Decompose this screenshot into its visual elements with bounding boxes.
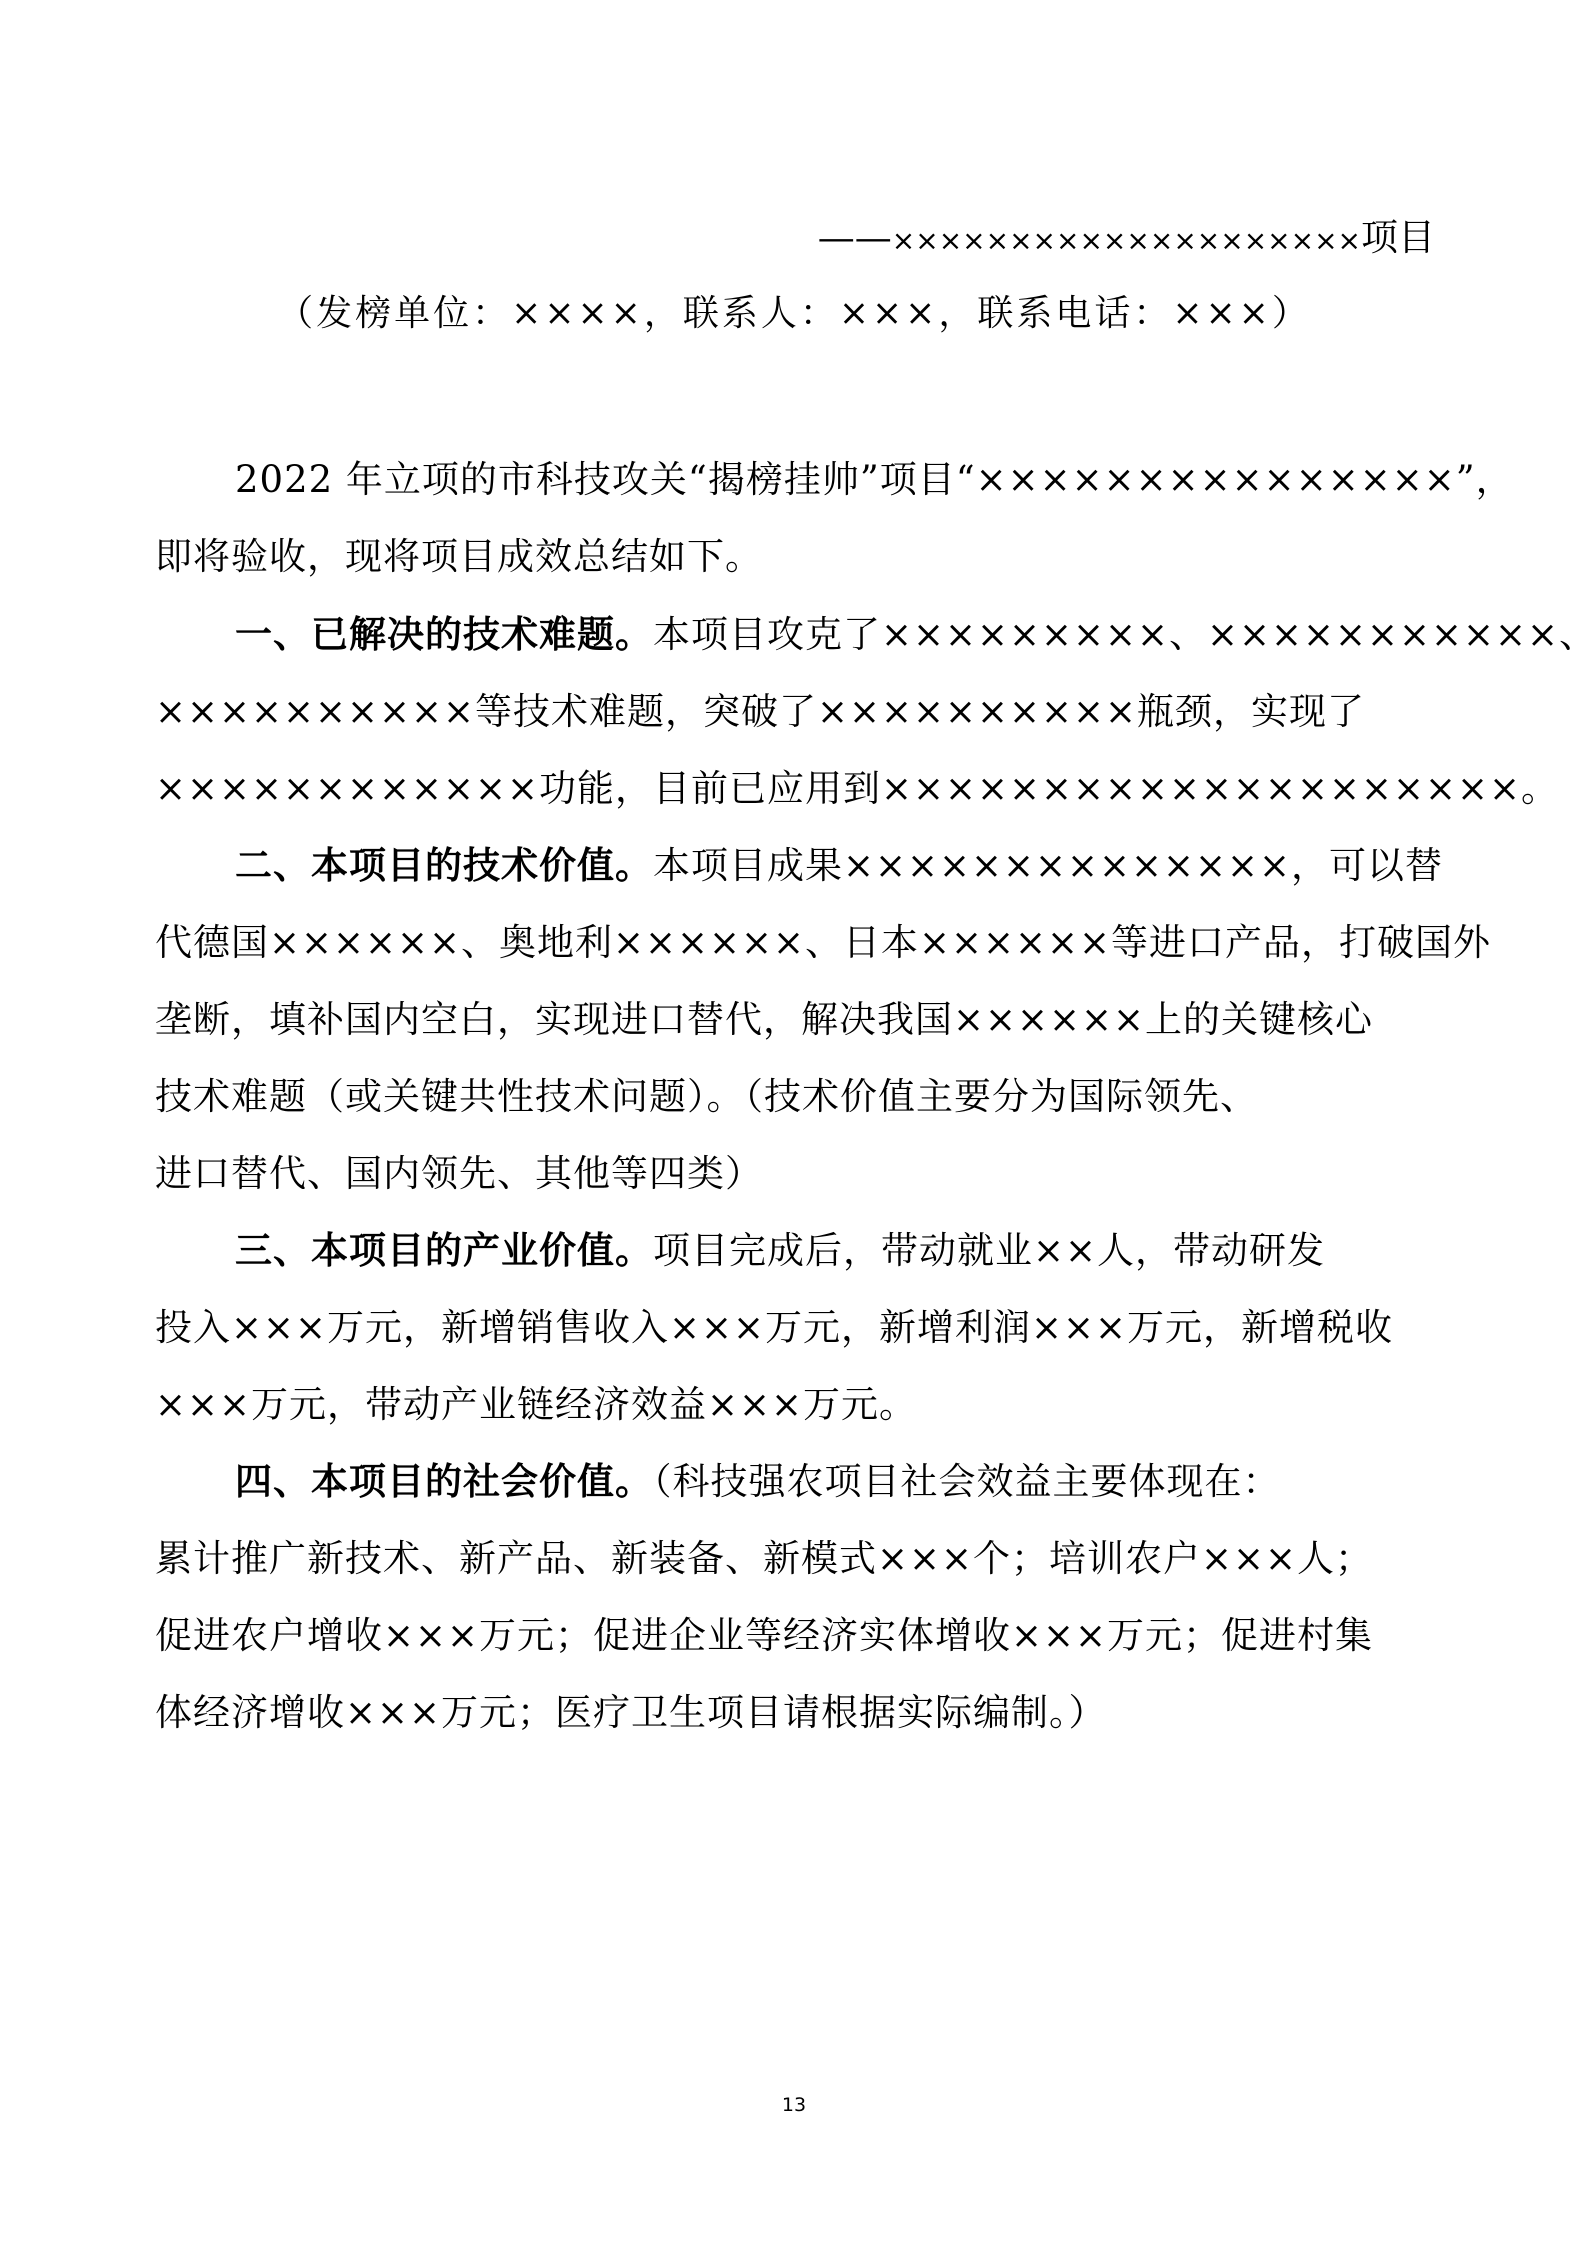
contact-info-line: （发榜单位：××××，联系人：×××，联系电话：×××） [0, 290, 1588, 338]
section-2-heading: 二、本项目的技术价值。 [235, 844, 653, 887]
section-4-first-line: 四、本项目的社会价值。（科技强农项目社会效益主要体现在： [235, 1458, 1435, 1506]
section-2-line-5: 进口替代、国内领先、其他等四类） [155, 1150, 1435, 1198]
intro-line-2: 即将验收，现将项目成效总结如下。 [155, 533, 1435, 581]
section-2-line-2: 代德国××××××、奥地利××××××、日本××××××等进口产品，打破国外 [155, 919, 1435, 967]
section-4-line-2: 累计推广新技术、新产品、新装备、新模式×××个；培训农户×××人； [155, 1535, 1435, 1583]
intro-line-1: 2022 年立项的市科技攻关“揭榜挂帅”项目“×××××××××××××××”， [235, 456, 1435, 504]
section-3-first-line: 三、本项目的产业价值。项目完成后，带动就业××人，带动研发 [235, 1227, 1435, 1275]
title-suffix: 项目 [1361, 216, 1435, 259]
title-placeholder: ×××××××××××××××××××× [892, 224, 1361, 257]
section-1-first-line: 一、已解决的技术难题。本项目攻克了×××××××××、×××××××××××、 [235, 611, 1435, 659]
section-3-line-3: ×××万元，带动产业链经济效益×××万元。 [155, 1381, 1435, 1429]
section-4-heading: 四、本项目的社会价值。 [235, 1460, 653, 1503]
section-3-heading: 三、本项目的产业价值。 [235, 1229, 653, 1272]
section-4-line-3: 促进农户增收×××万元；促进企业等经济实体增收×××万元；促进村集 [155, 1612, 1435, 1660]
section-4-line-1: （科技强农项目社会效益主要体现在： [653, 1460, 1281, 1503]
section-1-line-2: ××××××××××等技术难题，突破了××××××××××瓶颈，实现了 [155, 688, 1435, 736]
section-3-line-1: 项目完成后，带动就业××人，带动研发 [653, 1229, 1325, 1272]
document-page: ——××××××××××××××××××××项目 （发榜单位：××××，联系人：… [0, 0, 1588, 2245]
section-1-line-1: 本项目攻克了×××××××××、×××××××××××、 [653, 613, 1588, 656]
title-dash: —— [818, 216, 892, 259]
section-4-line-4: 体经济增收×××万元；医疗卫生项目请根据实际编制。） [155, 1689, 1435, 1737]
section-2-line-4: 技术难题（或关键共性技术问题）。（技术价值主要分为国际领先、 [155, 1073, 1435, 1121]
section-2-first-line: 二、本项目的技术价值。本项目成果××××××××××××××，可以替 [235, 842, 1435, 890]
section-3-line-2: 投入×××万元，新增销售收入×××万元，新增利润×××万元，新增税收 [155, 1304, 1435, 1352]
section-1-heading: 一、已解决的技术难题。 [235, 613, 653, 656]
section-2-line-3: 垄断，填补国内空白，实现进口替代，解决我国××××××上的关键核心 [155, 996, 1435, 1044]
section-1-line-3: ××××××××××××功能，目前已应用到×××××××××××××××××××… [155, 765, 1435, 813]
section-2-line-1: 本项目成果××××××××××××××，可以替 [653, 844, 1443, 887]
page-number: 13 [0, 2094, 1588, 2116]
project-title-line: ——××××××××××××××××××××项目 [818, 214, 1435, 265]
